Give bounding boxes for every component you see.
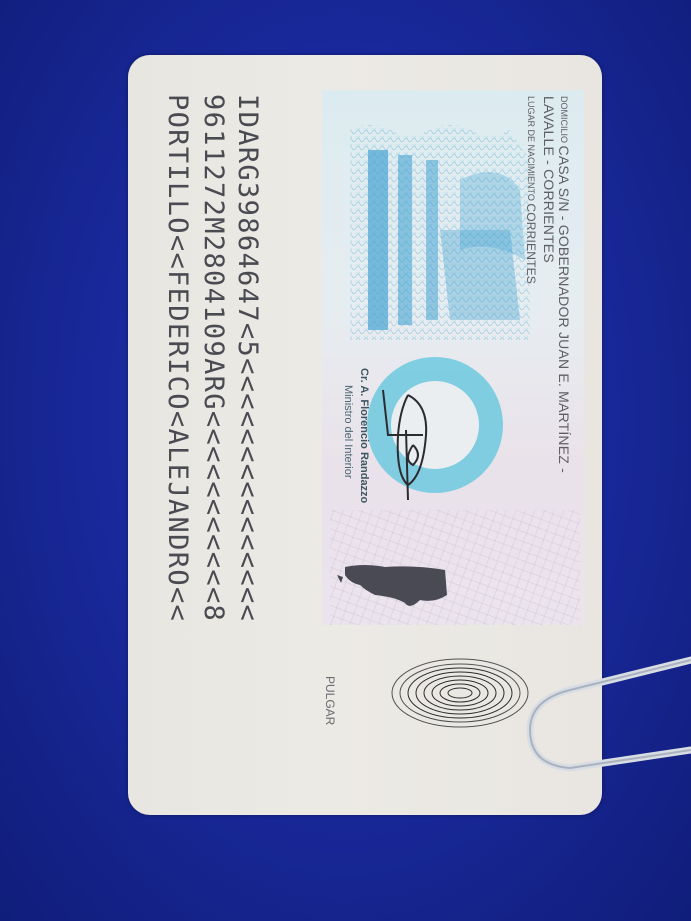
mrz-line-1: IDARG39864647<5<<<<<<<<<<<<<<<	[234, 94, 261, 622]
domicilio-label: DOMICILIO	[559, 96, 569, 146]
domicilio-value: CASA S/N - GOBERNADOR JUAN E. MARTÍNEZ -	[556, 146, 572, 473]
address-line-2: LAVALLE - CORRIENTES	[541, 96, 557, 263]
photo-scene: DOMICILIO CASA S/N - GOBERNADOR JUAN E. …	[0, 0, 691, 921]
argentina-map-icon	[335, 555, 455, 625]
signatory-title: Ministro del Interior	[342, 385, 354, 479]
fingerprint-label: PULGAR	[323, 676, 337, 725]
birthplace-label: LUGAR DE NACIMIENTO	[526, 96, 536, 203]
guilloche-pattern-icon	[340, 120, 540, 350]
mrz-line-2: 9611272M2804109ARG<<<<<<<<<<<8	[200, 94, 227, 622]
mrz-line-3: PORTILLO<<FEDERICO<ALEJANDRO<<	[164, 94, 191, 622]
signatory-name: Cr. A. Florencio Randazzo	[358, 368, 370, 503]
birthplace-line: LUGAR DE NACIMIENTO CORRIENTES	[524, 96, 538, 284]
address-line-1: DOMICILIO CASA S/N - GOBERNADOR JUAN E. …	[556, 96, 572, 473]
paper-clip-icon	[510, 640, 691, 820]
birthplace-value: CORRIENTES	[524, 203, 538, 284]
signature-icon	[378, 375, 438, 505]
mrz-block: IDARG39864647<5<<<<<<<<<<<<<<< 9611272M2…	[160, 94, 270, 774]
